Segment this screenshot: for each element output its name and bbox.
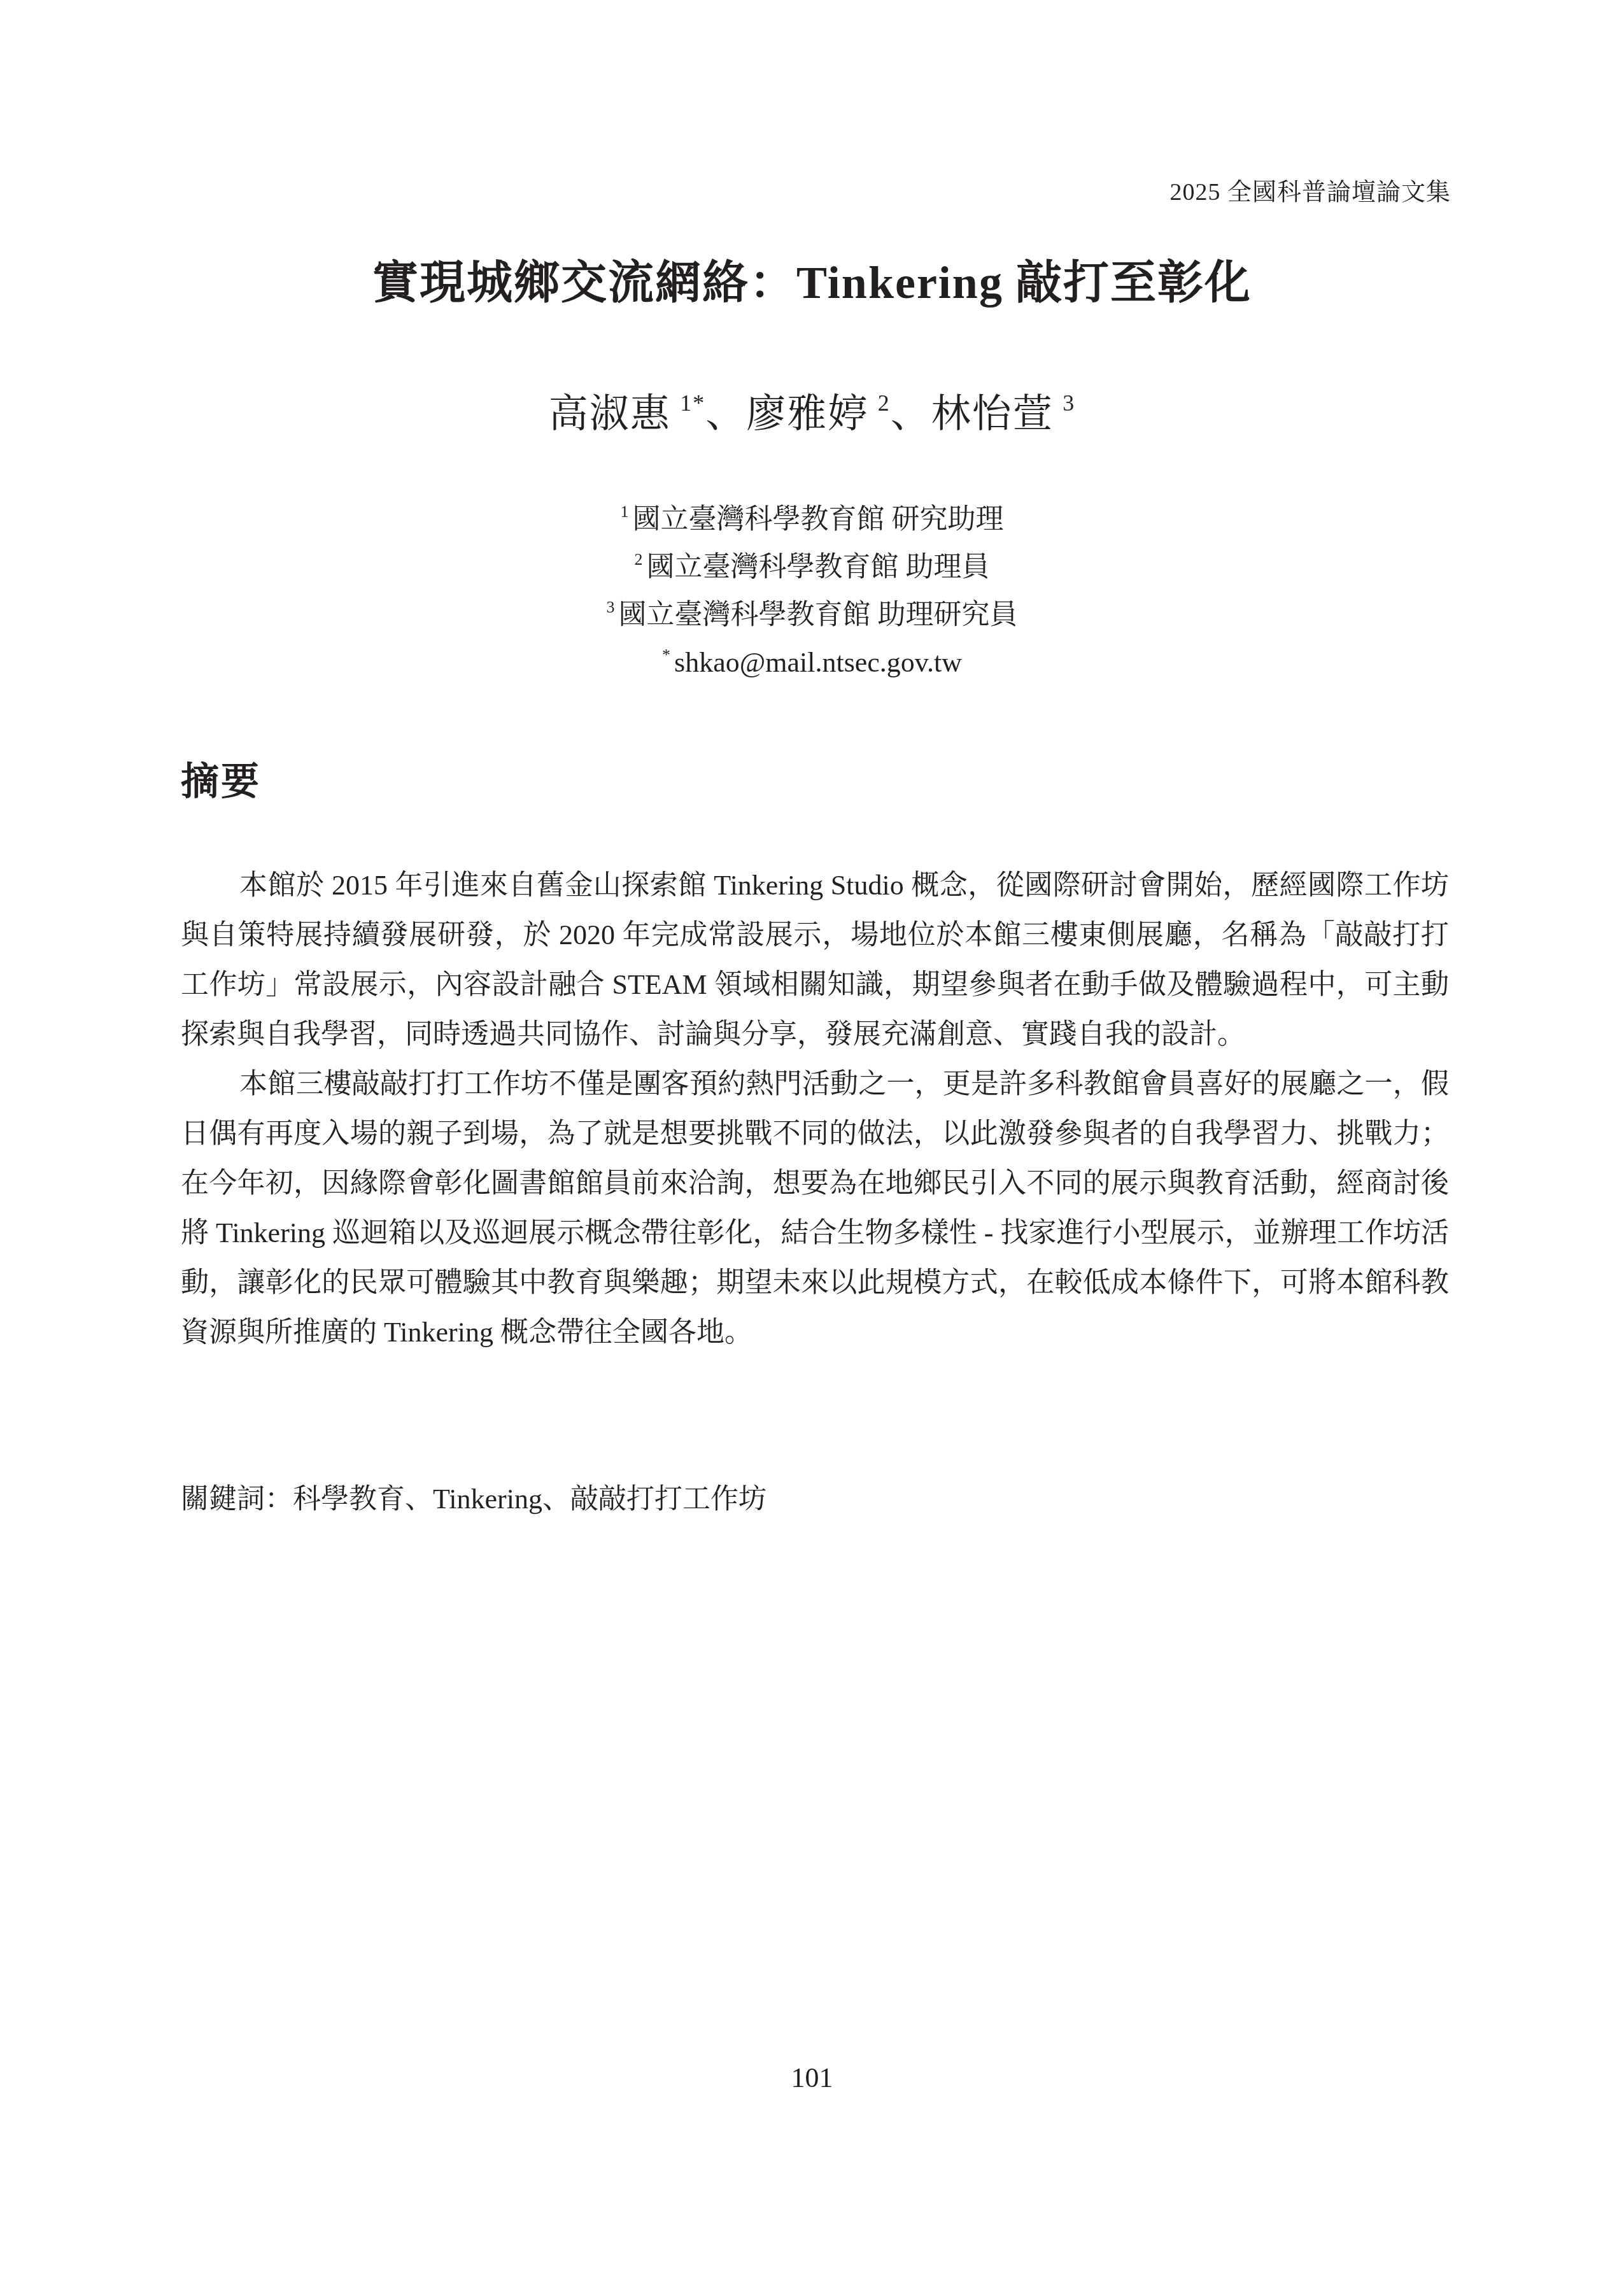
author-affiliation-mark: 2 <box>878 390 891 416</box>
affiliation-text: 國立臺灣科學教育館 助理員 <box>647 551 990 583</box>
running-header: 2025 全國科普論壇論文集 <box>1169 172 1451 207</box>
paper-title: 實現城鄉交流網絡：Tinkering 敲打至彰化 <box>0 245 1624 311</box>
email-text: shkao@mail.ntsec.gov.tw <box>674 647 962 678</box>
author-affiliation-mark: 3 <box>1063 390 1075 416</box>
author-affiliation-mark: 1* <box>680 390 705 416</box>
affiliation: 3國立臺灣科學教育館 助理研究員 <box>0 591 1624 639</box>
affiliation-text: 國立臺灣科學教育館 研究助理 <box>633 504 1004 535</box>
affiliation: 1國立臺灣科學教育館 研究助理 <box>0 495 1624 543</box>
corresponding-email: *shkao@mail.ntsec.gov.tw <box>0 639 1624 686</box>
affiliation-mark: 1 <box>621 502 629 521</box>
affiliation-mark: 3 <box>607 598 615 616</box>
author-name: 廖雅婷 <box>746 393 868 436</box>
author-name: 高淑惠 <box>549 393 671 436</box>
page-number: 101 <box>0 2062 1624 2094</box>
abstract-body: 本館於 2015 年引進來自舊金山探索館 Tinkering Studio 概念… <box>181 861 1449 1357</box>
abstract-paragraph: 本館於 2015 年引進來自舊金山探索館 Tinkering Studio 概念… <box>181 861 1449 1059</box>
affiliation-mark: 2 <box>635 550 643 569</box>
affiliation: 2國立臺灣科學教育館 助理員 <box>0 543 1624 591</box>
affiliation-text: 國立臺灣科學教育館 助理研究員 <box>619 599 1018 630</box>
abstract-heading: 摘要 <box>181 751 261 806</box>
author-separator: 、 <box>705 393 746 436</box>
keywords: 關鍵詞：科學教育、Tinkering、敲敲打打工作坊 <box>181 1476 766 1517</box>
author-list: 高淑惠 1*、廖雅婷 2、林怡萱 3 <box>0 382 1624 439</box>
abstract-paragraph: 本館三樓敲敲打打工作坊不僅是團客預約熱門活動之一，更是許多科教館會員喜好的展廳之… <box>181 1059 1449 1357</box>
affiliation-list: 1國立臺灣科學教育館 研究助理 2國立臺灣科學教育館 助理員 3國立臺灣科學教育… <box>0 495 1624 686</box>
author-name: 林怡萱 <box>931 393 1054 436</box>
author-separator: 、 <box>891 393 931 436</box>
email-mark: * <box>662 646 670 664</box>
